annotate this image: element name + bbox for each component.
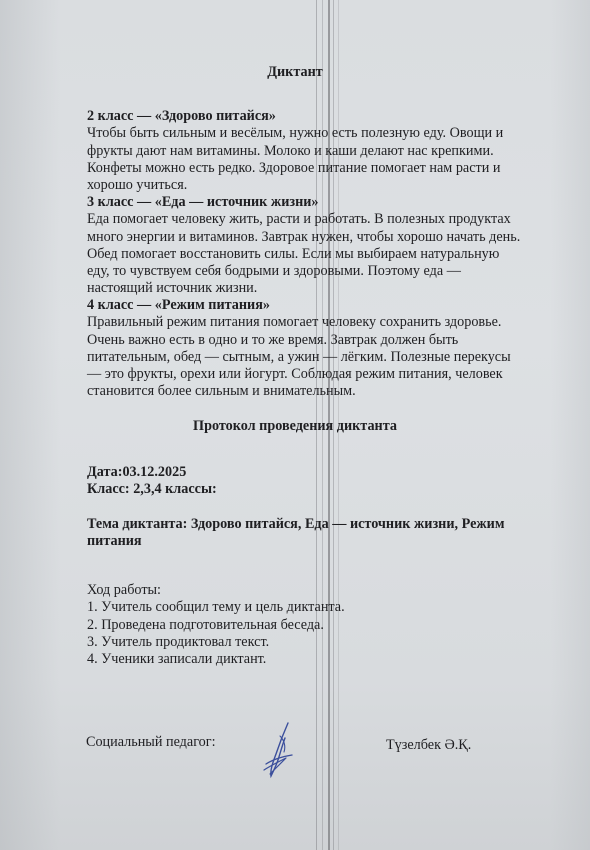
- step-item: 4. Ученики записали диктант.: [87, 651, 345, 668]
- document-title: Диктант: [0, 64, 590, 81]
- paragraph-line: Правильный режим питания помогает челове…: [87, 314, 511, 331]
- progress-title: Ход работы:: [87, 582, 345, 599]
- paragraph-line: фрукты дают нам витамины. Молоко и каши …: [87, 143, 503, 160]
- step-item: 1. Учитель сообщил тему и цель диктанта.: [87, 599, 345, 616]
- section-heading: 3 класс — «Еда — источник жизни»: [87, 194, 520, 211]
- paper-sheet: Диктант 2 класс — «Здорово питайся» Чтоб…: [0, 0, 590, 850]
- paragraph-line: много энергии и витаминов. Завтрак нужен…: [87, 229, 520, 246]
- signature-name: Түзелбек Ә.Қ.: [386, 737, 471, 754]
- protocol-topic-line: питания: [87, 533, 505, 550]
- protocol-topic-line: Тема диктанта: Здорово питайся, Еда — ис…: [87, 516, 505, 533]
- paragraph-line: настоящий источник жизни.: [87, 280, 520, 297]
- section-grade-2: 2 класс — «Здорово питайся» Чтобы быть с…: [87, 108, 503, 194]
- paragraph-line: Обед помогает восстановить силы. Если мы…: [87, 246, 520, 263]
- paragraph-line: Конфеты можно есть редко. Здоровое питан…: [87, 160, 503, 177]
- protocol-topic: Тема диктанта: Здорово питайся, Еда — ис…: [87, 516, 505, 551]
- section-grade-3: 3 класс — «Еда — источник жизни» Еда пом…: [87, 194, 520, 298]
- paragraph-line: питательным, обед — сытным, а ужин — лёг…: [87, 349, 511, 366]
- paragraph-line: становится более сильным и внимательным.: [87, 383, 511, 400]
- handwritten-signature-icon: [258, 720, 298, 780]
- paragraph-line: Еда помогает человеку жить, расти и рабо…: [87, 211, 520, 228]
- protocol-meta: Дата:03.12.2025 Класс: 2,3,4 классы:: [87, 464, 217, 499]
- section-heading: 4 класс — «Режим питания»: [87, 297, 511, 314]
- signature-role: Социальный педагог:: [86, 734, 216, 751]
- section-grade-4: 4 класс — «Режим питания» Правильный реж…: [87, 297, 511, 401]
- paragraph-line: хорошо учиться.: [87, 177, 503, 194]
- paragraph-line: Очень важно есть в одно и то же время. З…: [87, 332, 511, 349]
- step-item: 2. Проведена подготовительная беседа.: [87, 617, 345, 634]
- section-heading: 2 класс — «Здорово питайся»: [87, 108, 503, 125]
- paragraph-line: Чтобы быть сильным и весёлым, нужно есть…: [87, 125, 503, 142]
- protocol-class: Класс: 2,3,4 классы:: [87, 481, 217, 498]
- protocol-title: Протокол проведения диктанта: [0, 418, 590, 435]
- protocol-steps: Ход работы: 1. Учитель сообщил тему и це…: [87, 582, 345, 668]
- paragraph-line: еду, то чувствуем себя бодрыми и здоровы…: [87, 263, 520, 280]
- step-item: 3. Учитель продиктовал текст.: [87, 634, 345, 651]
- paragraph-line: — это фрукты, орехи или йогурт. Соблюдая…: [87, 366, 511, 383]
- protocol-date: Дата:03.12.2025: [87, 464, 217, 481]
